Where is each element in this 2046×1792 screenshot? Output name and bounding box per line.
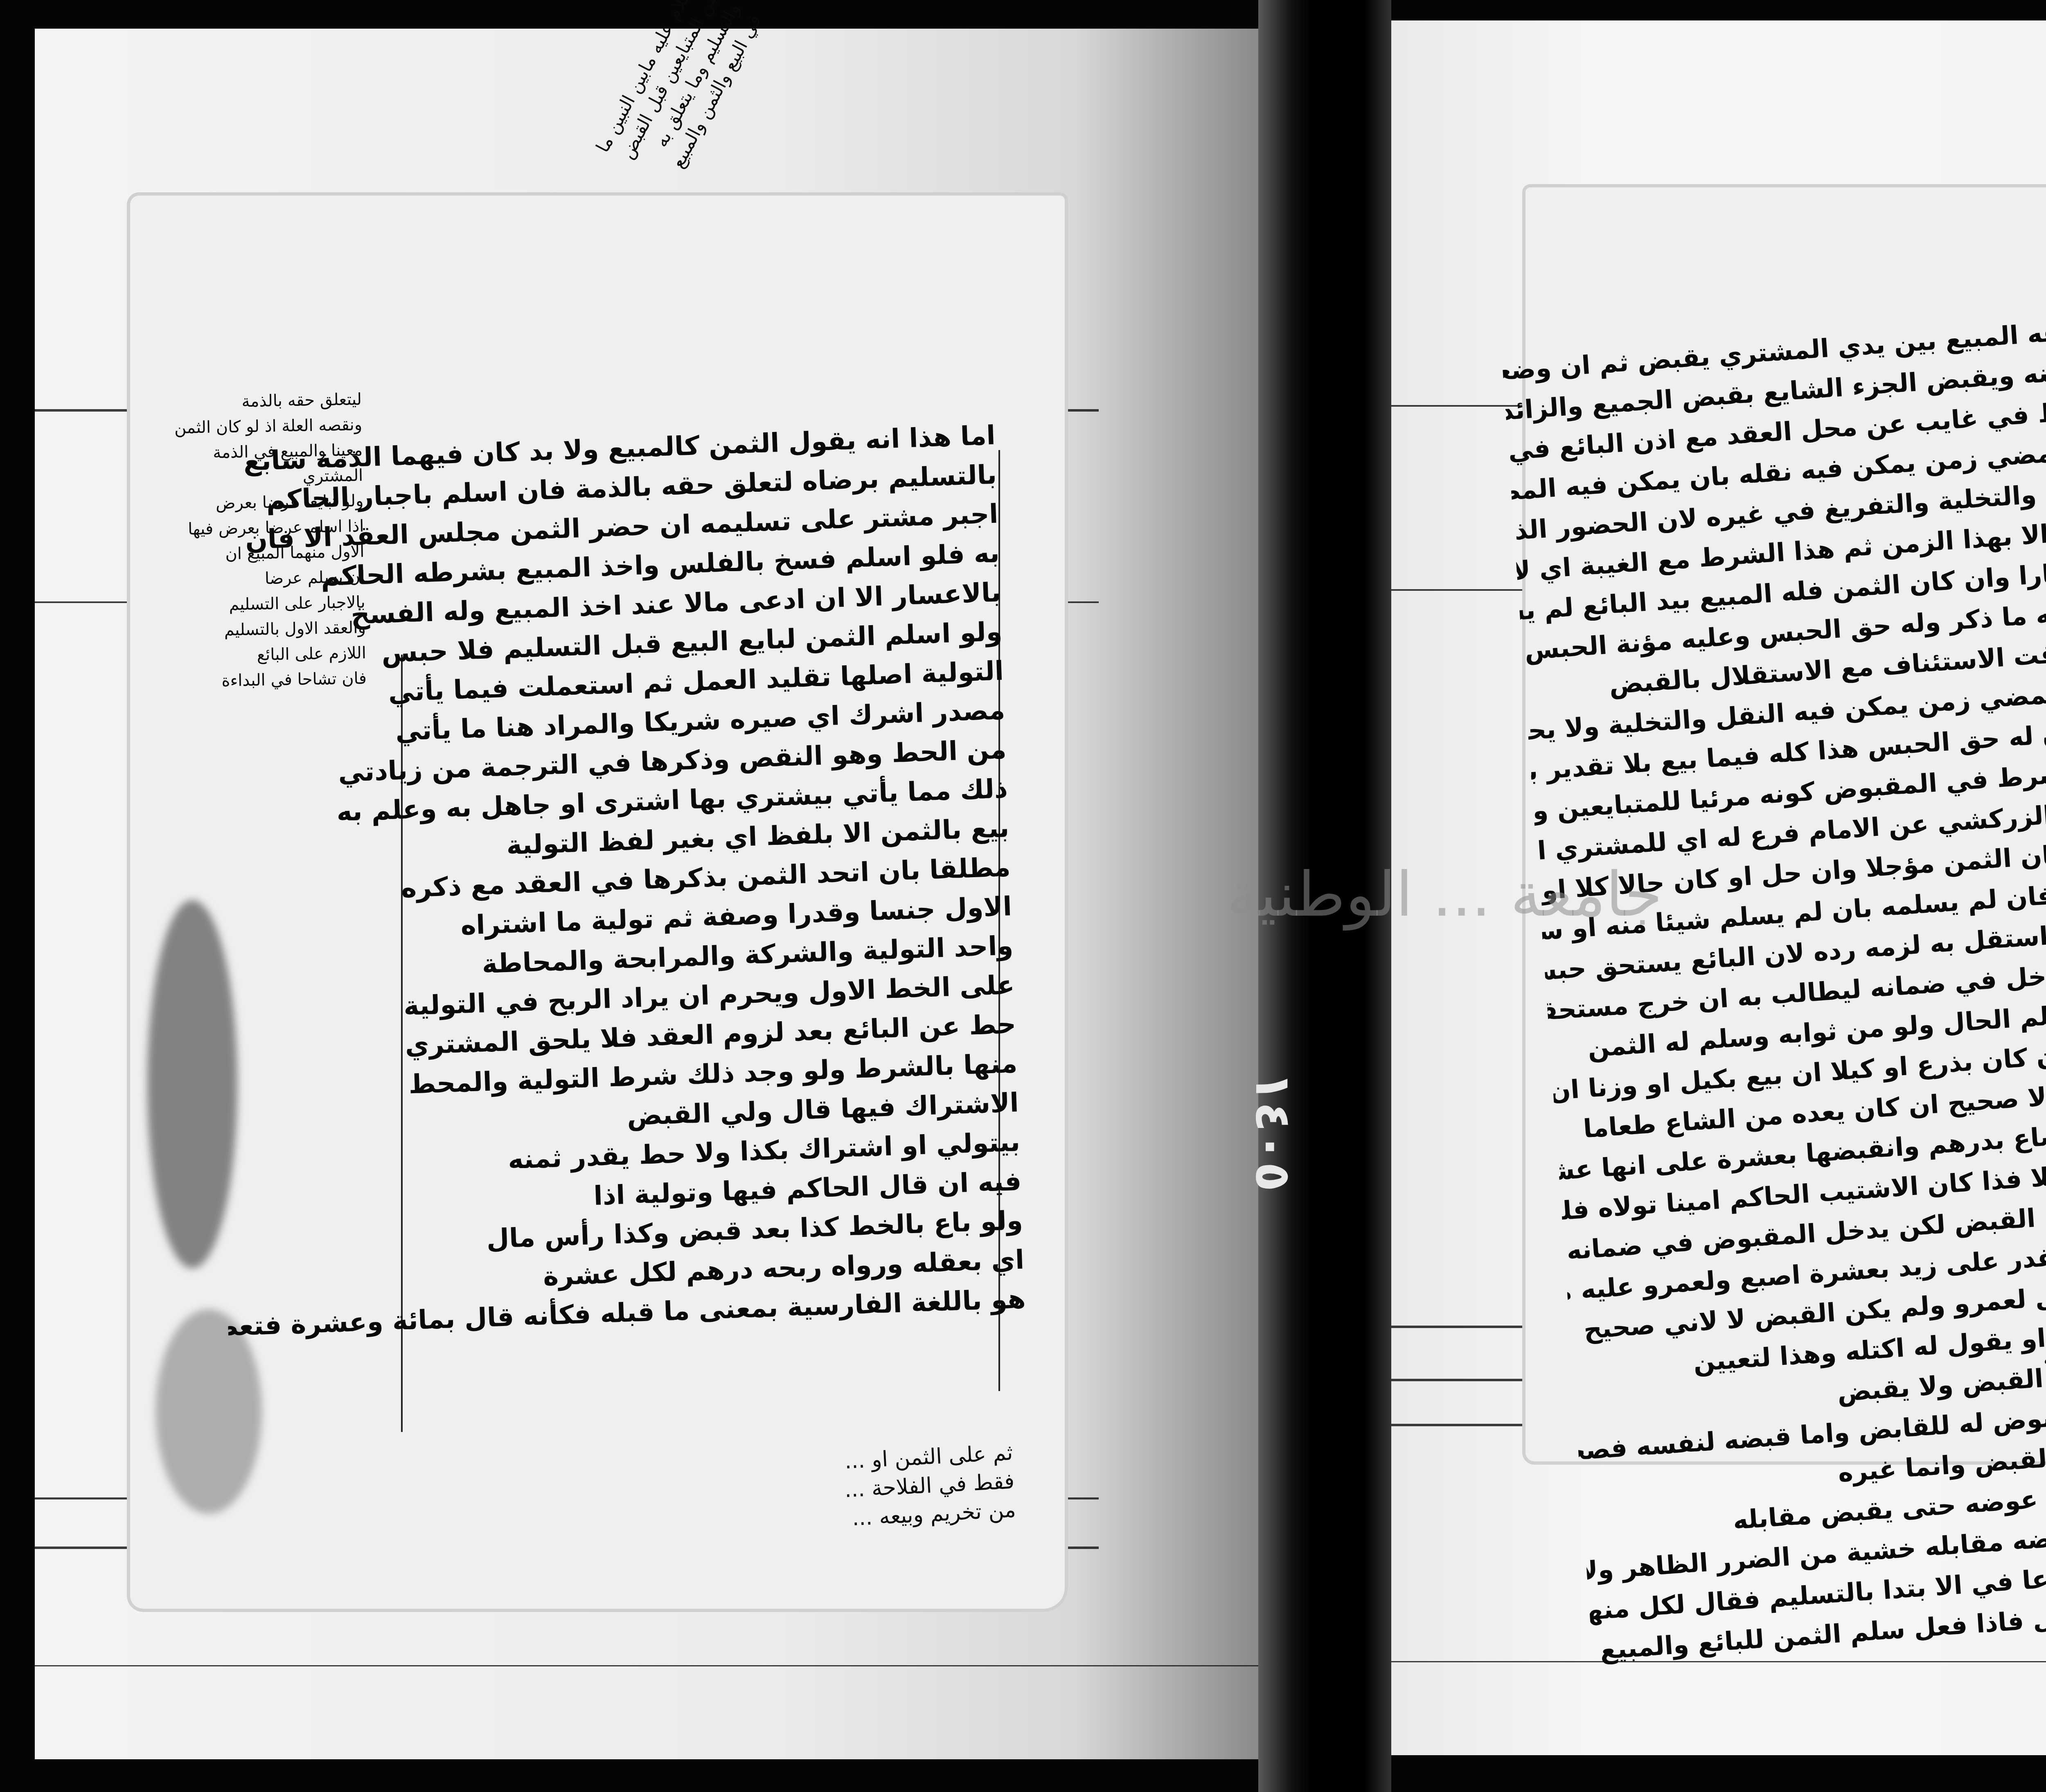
margin-line: بالاجبار على التسليم: [136, 590, 365, 619]
margin-line: ان يسلم عرضا: [135, 564, 365, 594]
margin-line: والعقد الاول بالتسليم: [136, 615, 366, 644]
left-margin-notes: ليتعلق حقه بالذمة ونقصه العلة اذ لو كان …: [133, 387, 367, 695]
library-watermark: جامعة ... الوطنية: [1178, 859, 1710, 930]
margin-line: المشتري: [134, 463, 363, 492]
margin-line: فان تشاحا في البداءة: [137, 666, 367, 695]
frame-number-label: ١٤٠٥: [1244, 1072, 1301, 1192]
margin-line: معينا والمبيع في الذمة: [133, 437, 363, 467]
margin-line: ولو تبايعا عرضا بعرض: [134, 488, 364, 518]
margin-line: اللازم على البائع: [137, 640, 366, 670]
right-main-text: فلا يتلفه المبيع بين يدي المشتري يقبض ثم…: [1501, 307, 2046, 1671]
margin-line: ليتعلق حقه بالذمة: [133, 387, 362, 416]
scan-line: [35, 1665, 1258, 1666]
margin-line: ونقصه العلة اذ لو كان الثمن: [133, 412, 363, 441]
margin-line: الاول منهما المبيع ان: [135, 539, 365, 568]
margin-line: اذا اسلم عرضا بعرض فيها: [135, 513, 364, 543]
